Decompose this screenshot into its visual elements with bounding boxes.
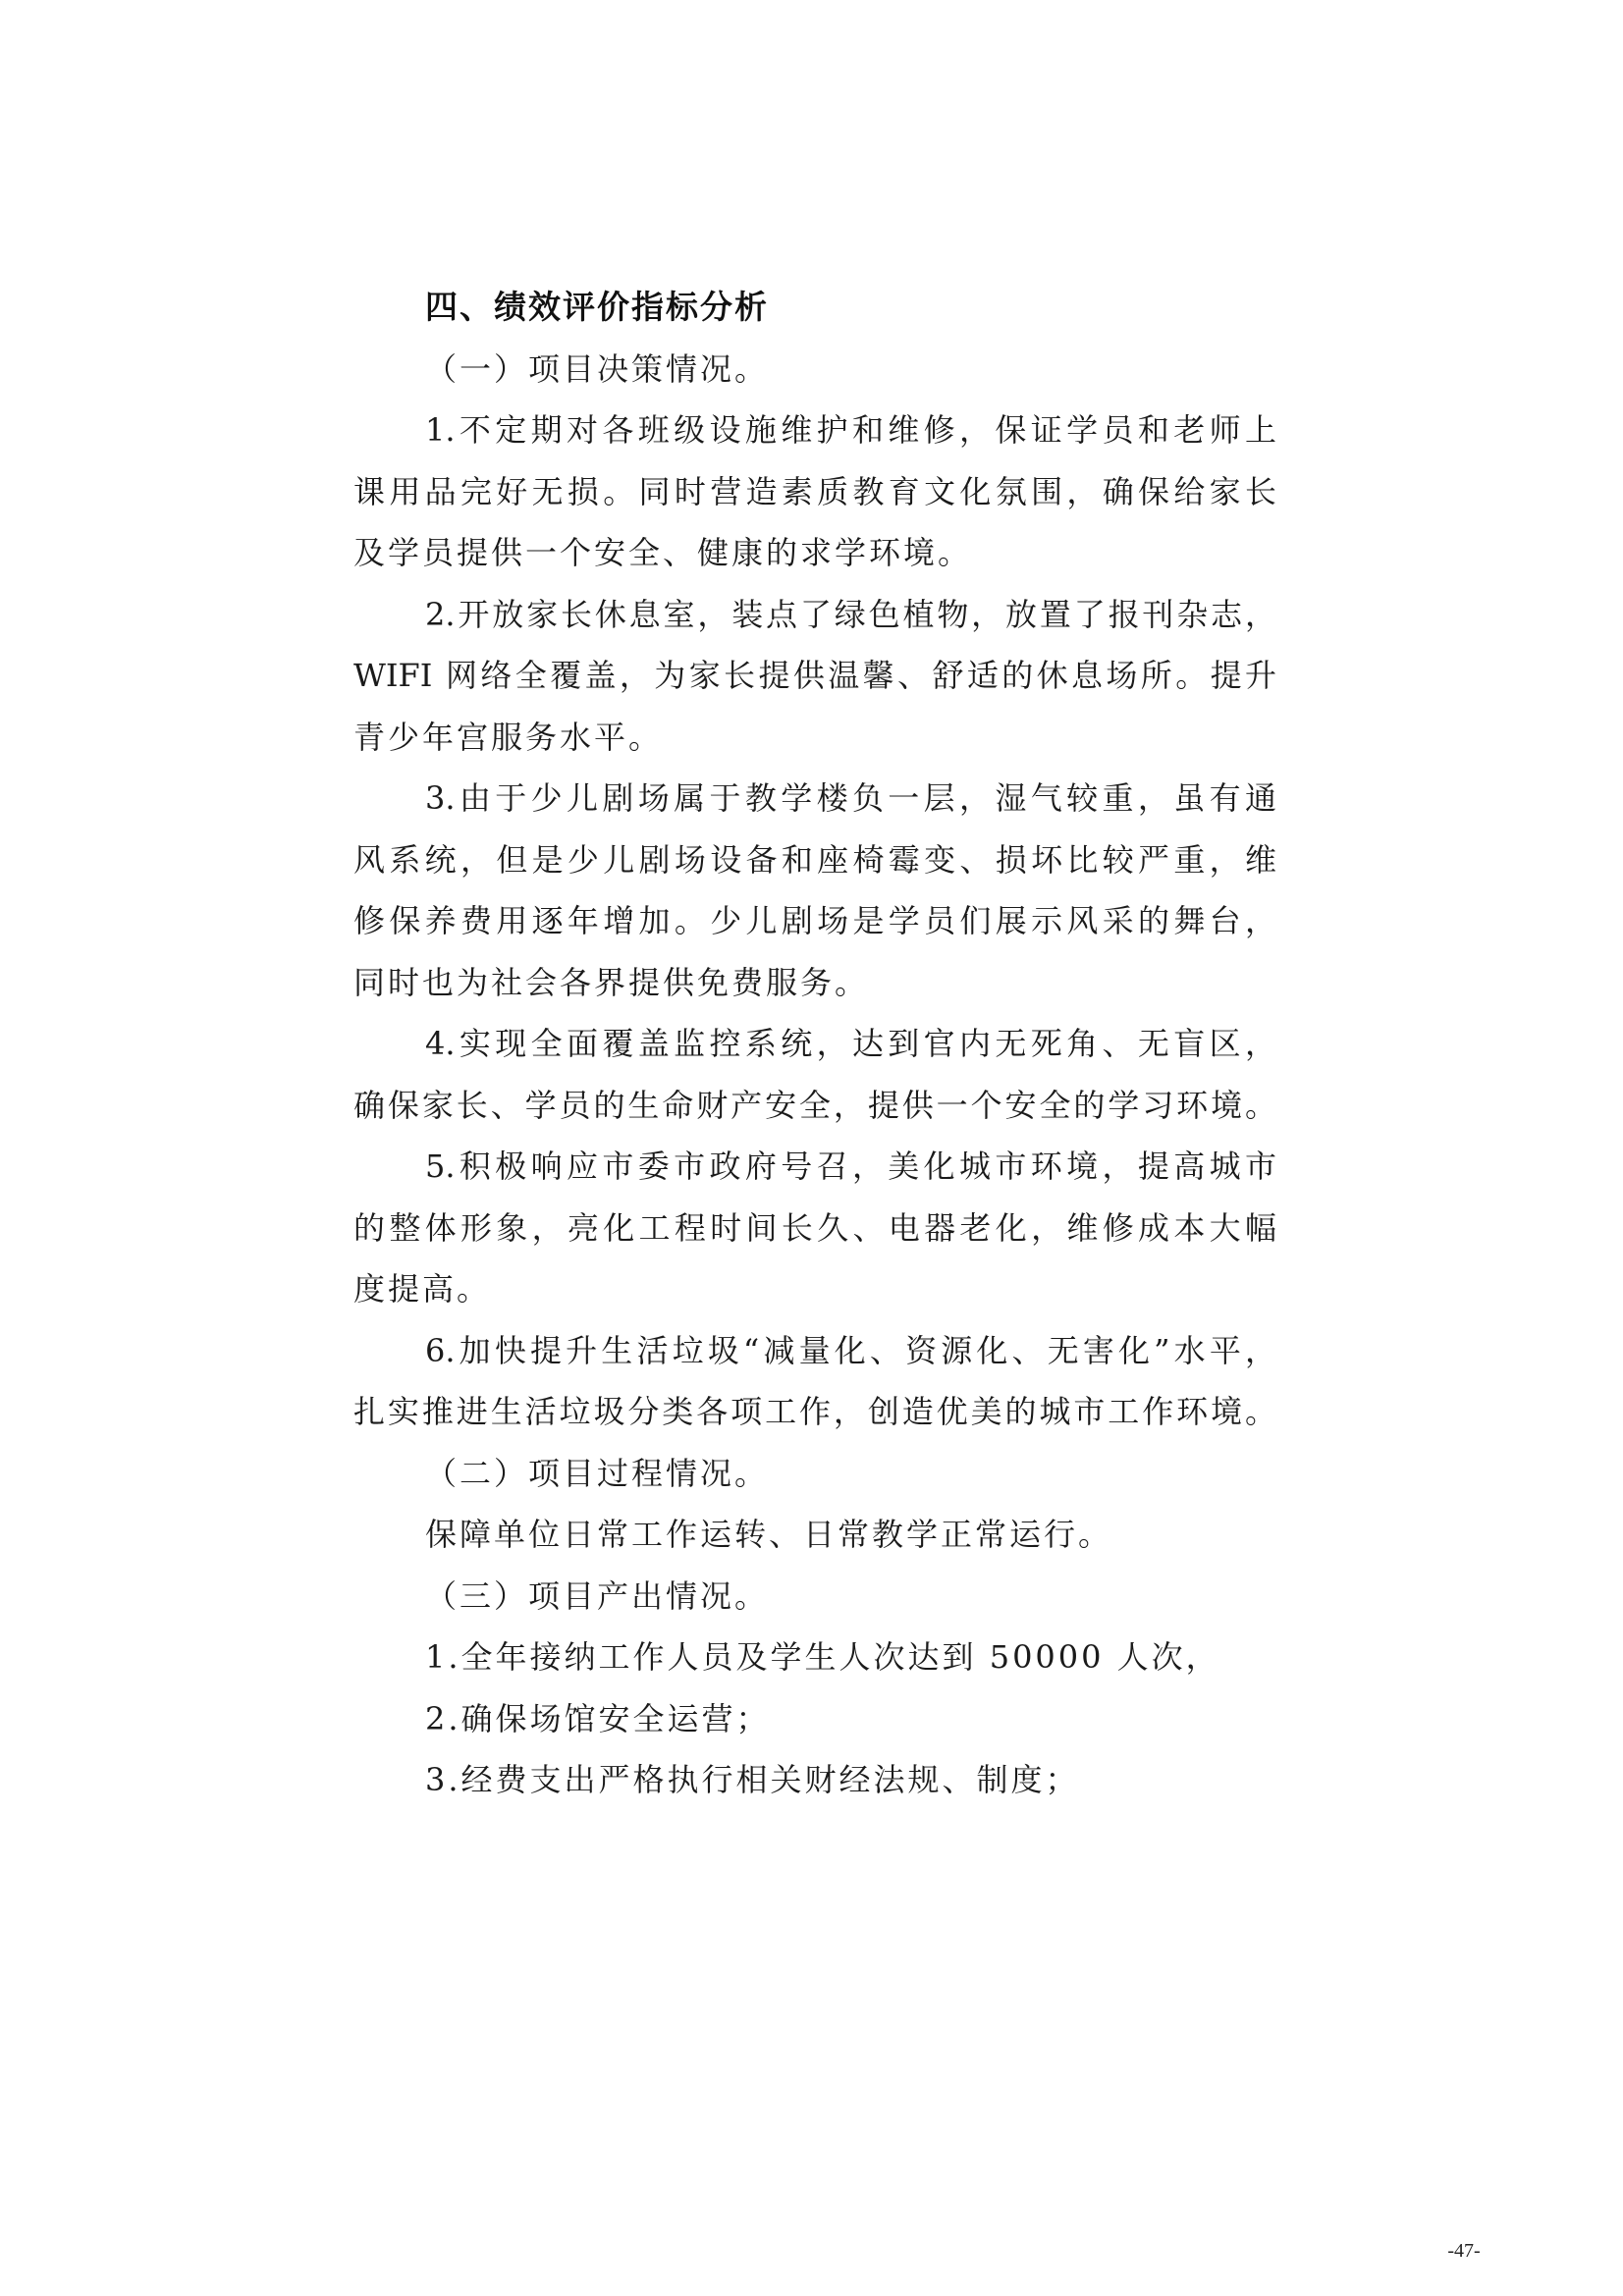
paragraph-line: 确保家长、学员的生命财产安全，提供一个安全的学习环境。 (353, 1075, 1276, 1137)
page-number: -47- (1439, 2240, 1488, 2263)
output-item: 3.经费支出严格执行相关财经法规、制度； (353, 1749, 1276, 1811)
process-paragraph: 保障单位日常工作运转、日常教学正常运行。 (353, 1504, 1276, 1566)
paragraph-line: 同时也为社会各界提供免费服务。 (353, 952, 1276, 1014)
paragraph-line: 3.由于少儿剧场属于教学楼负一层，湿气较重，虽有通 (353, 768, 1276, 829)
paragraph-line: 及学员提供一个安全、健康的求学环境。 (353, 522, 1276, 584)
paragraph-line: 度提高。 (353, 1258, 1276, 1320)
paragraph-line: 课用品完好无损。同时营造素质教育文化氛围，确保给家长 (353, 461, 1276, 523)
paragraph-line: 6.加快提升生活垃圾“减量化、资源化、无害化”水平， (353, 1320, 1276, 1382)
document-page: 四、绩效评价指标分析 （一）项目决策情况。 1.不定期对各班级设施维护和维修，保… (0, 0, 1623, 2296)
paragraph-2: 2.开放家长休息室，装点了绿色植物，放置了报刊杂志， WIFI 网络全覆盖，为家… (353, 584, 1276, 769)
output-item: 2.确保场馆安全运营； (353, 1688, 1276, 1750)
text-column: 四、绩效评价指标分析 （一）项目决策情况。 1.不定期对各班级设施维护和维修，保… (353, 277, 1276, 1811)
paragraph-line: 4.实现全面覆盖监控系统，达到官内无死角、无盲区， (353, 1013, 1276, 1075)
subsection-title-decision: （一）项目决策情况。 (353, 339, 1276, 400)
paragraph-3: 3.由于少儿剧场属于教学楼负一层，湿气较重，虽有通 风系统，但是少儿剧场设备和座… (353, 768, 1276, 1013)
paragraph-line: 5.积极响应市委市政府号召，美化城市环境，提高城市 (353, 1136, 1276, 1198)
paragraph-5: 5.积极响应市委市政府号召，美化城市环境，提高城市 的整体形象，亮化工程时间长久… (353, 1136, 1276, 1320)
section-heading: 四、绩效评价指标分析 (353, 277, 1276, 339)
paragraph-line: 1.不定期对各班级设施维护和维修，保证学员和老师上 (353, 400, 1276, 461)
paragraph-line: 的整体形象，亮化工程时间长久、电器老化，维修成本大幅 (353, 1198, 1276, 1259)
paragraph-line: 2.开放家长休息室，装点了绿色植物，放置了报刊杂志， (353, 584, 1276, 646)
paragraph-1: 1.不定期对各班级设施维护和维修，保证学员和老师上 课用品完好无损。同时营造素质… (353, 400, 1276, 584)
paragraph-line: 青少年宫服务水平。 (353, 707, 1276, 769)
paragraph-line: 扎实推进生活垃圾分类各项工作，创造优美的城市工作环境。 (353, 1381, 1276, 1443)
paragraph-line: WIFI 网络全覆盖，为家长提供温馨、舒适的休息场所。提升 (353, 645, 1276, 707)
paragraph-4: 4.实现全面覆盖监控系统，达到官内无死角、无盲区， 确保家长、学员的生命财产安全… (353, 1013, 1276, 1136)
paragraph-6: 6.加快提升生活垃圾“减量化、资源化、无害化”水平， 扎实推进生活垃圾分类各项工… (353, 1320, 1276, 1443)
subsection-title-output: （三）项目产出情况。 (353, 1566, 1276, 1628)
paragraph-line: 修保养费用逐年增加。少儿剧场是学员们展示风采的舞台， (353, 890, 1276, 952)
paragraph-line: 风系统，但是少儿剧场设备和座椅霉变、损坏比较严重，维 (353, 829, 1276, 891)
output-list: 1.全年接纳工作人员及学生人次达到 50000 人次， 2.确保场馆安全运营； … (353, 1627, 1276, 1811)
subsection-title-process: （二）项目过程情况。 (353, 1443, 1276, 1505)
output-item: 1.全年接纳工作人员及学生人次达到 50000 人次， (353, 1627, 1276, 1688)
